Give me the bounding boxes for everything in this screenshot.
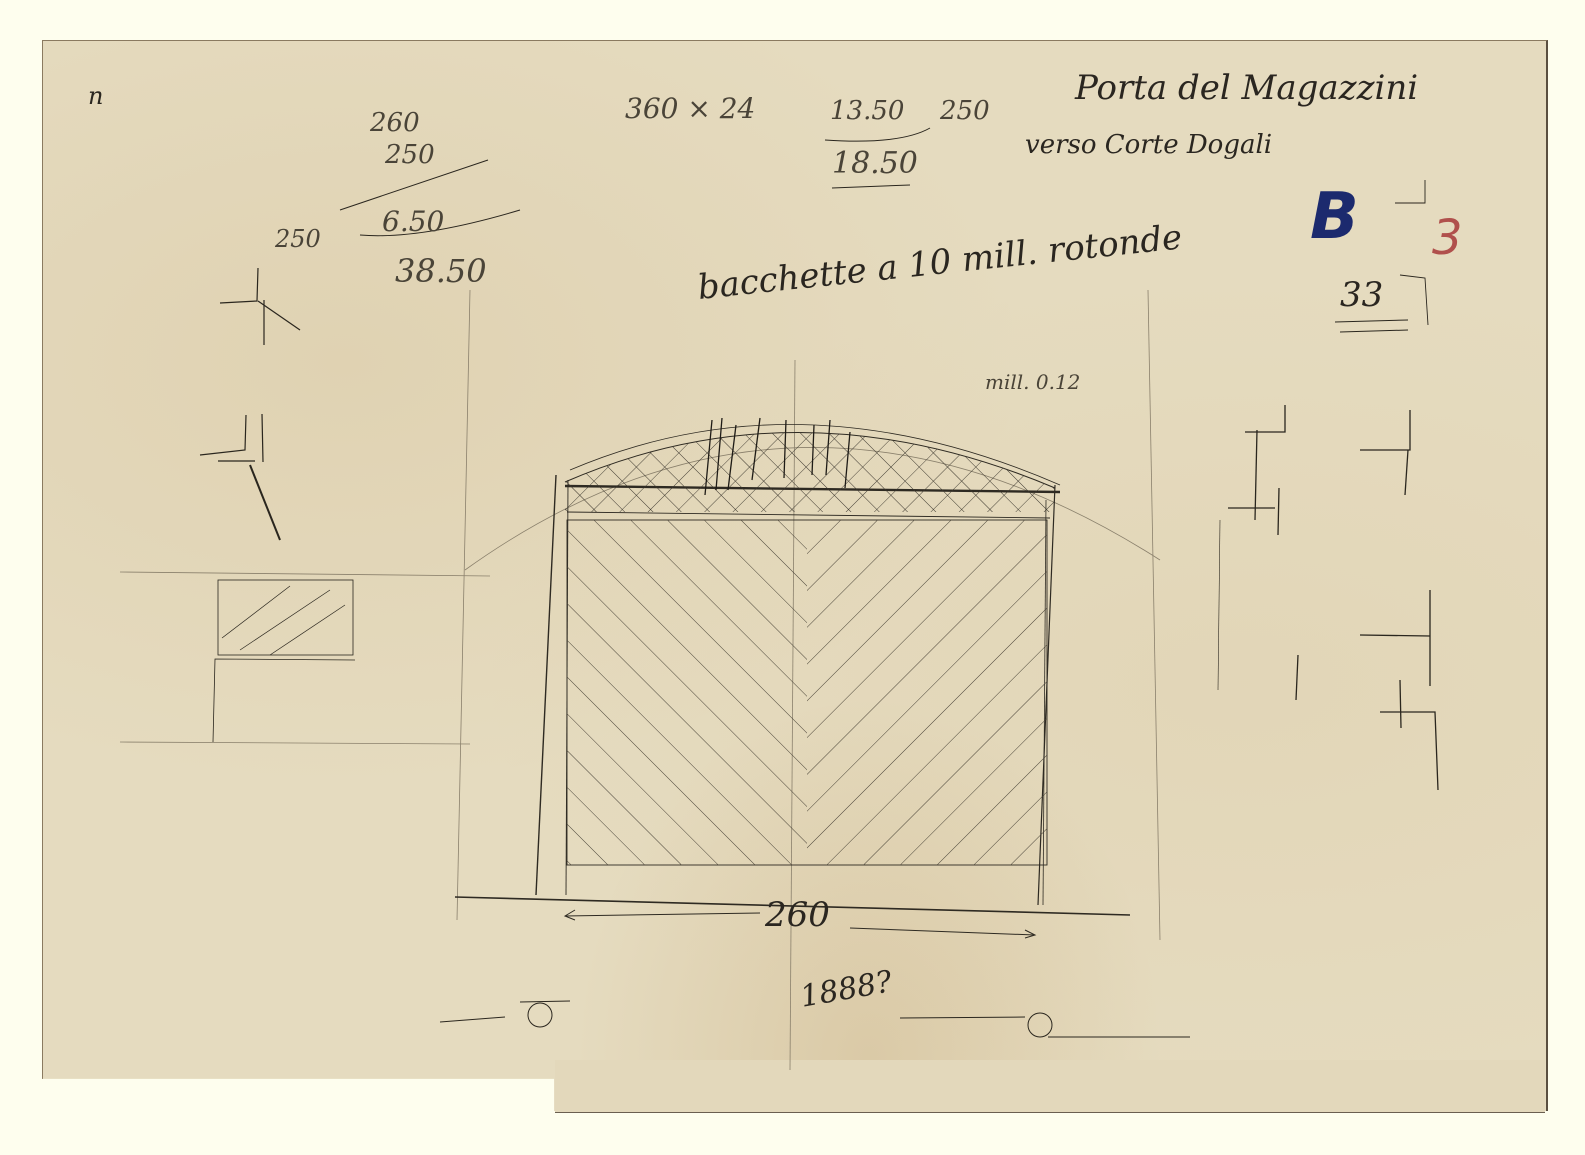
- calc-top-center: 360 × 24: [625, 92, 755, 125]
- title-line-1: Porta del Magazzini: [1075, 68, 1418, 108]
- calc-left-mid: 6.50: [382, 205, 444, 238]
- sheet-number: 33: [1340, 275, 1383, 315]
- calc-left-stack-1: 260: [370, 108, 420, 138]
- calc-fraction-top: 13.50: [830, 96, 904, 126]
- gate-drawing: [0, 0, 1585, 1155]
- left-profile-details: [200, 268, 355, 742]
- dimension-width: 260: [765, 895, 830, 935]
- calc-fraction-result: 18.50: [832, 146, 918, 181]
- arch-mesh: [560, 380, 1060, 520]
- title-line-2: verso Corte Dogali: [1025, 130, 1272, 160]
- catalog-letter: B: [1310, 180, 1359, 254]
- catalog-red-number: 3: [1432, 210, 1463, 266]
- panel-hatching: [567, 520, 1047, 865]
- corner-mark: n: [88, 82, 103, 110]
- calc-left-bracket: 250: [275, 225, 321, 253]
- calc-left-total: 38.50: [395, 252, 487, 290]
- calc-fraction-bracket: 250: [940, 96, 990, 126]
- calc-left-stack-2: 250: [385, 140, 435, 170]
- note-mesh: mill. 0.12: [985, 370, 1080, 394]
